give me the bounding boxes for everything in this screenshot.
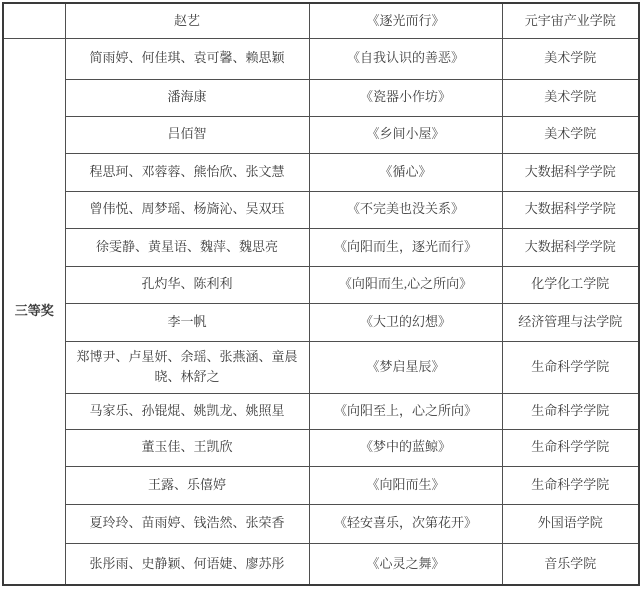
table-row: 程思珂、邓蓉蓉、熊怡欣、张文慧 《循心》 大数据科学学院 [3,153,639,191]
work-cell: 《大卫的幻想》 [309,303,502,341]
awards-table: 赵艺 《逐光而行》 元宇宙产业学院 三等奖 简雨婷、何佳琪、袁可馨、赖思颖 《自… [2,2,640,586]
names-cell: 简雨婷、何佳琪、袁可馨、赖思颖 [65,38,309,79]
work-cell: 《梦中的蓝鲸》 [309,429,502,466]
table-row: 张彤雨、史静颖、何语婕、廖苏彤 《心灵之舞》 音乐学院 [3,543,639,585]
table-row: 三等奖 简雨婷、何佳琪、袁可馨、赖思颖 《自我认识的善恶》 美术学院 [3,38,639,79]
names-cell: 董玉佳、王凯欣 [65,429,309,466]
college-cell: 经济管理与法学院 [502,303,639,341]
work-cell: 《轻安喜乐，次第花开》 [309,504,502,543]
work-cell: 《循心》 [309,153,502,191]
names-cell: 徐雯静、黄星语、魏萍、魏思亮 [65,228,309,266]
work-cell: 《心灵之舞》 [309,543,502,585]
award-label-cell: 三等奖 [3,38,65,585]
table-row: 曾伟悦、周梦瑶、杨旖沁、吴双珏 《不完美也没关系》 大数据科学学院 [3,191,639,228]
college-cell: 生命科学学院 [502,429,639,466]
work-cell: 《向阳至上，心之所向》 [309,393,502,429]
table-row: 马家乐、孙锟焜、姚凯龙、姚照星 《向阳至上，心之所向》 生命科学学院 [3,393,639,429]
names-cell: 李一帆 [65,303,309,341]
table-row: 王露、乐僖婷 《向阳而生》 生命科学学院 [3,466,639,504]
college-cell: 元宇宙产业学院 [502,3,639,38]
table-row: 赵艺 《逐光而行》 元宇宙产业学院 [3,3,639,38]
table-row: 潘海康 《瓷器小作坊》 美术学院 [3,79,639,116]
table-row: 吕佰智 《乡间小屋》 美术学院 [3,116,639,153]
names-cell: 孔灼华、陈利利 [65,266,309,303]
college-cell: 美术学院 [502,79,639,116]
names-cell: 潘海康 [65,79,309,116]
college-cell: 生命科学学院 [502,466,639,504]
work-cell: 《瓷器小作坊》 [309,79,502,116]
names-cell: 王露、乐僖婷 [65,466,309,504]
work-cell: 《向阳而生,心之所向》 [309,266,502,303]
table-row: 徐雯静、黄星语、魏萍、魏思亮 《向阳而生，逐光而行》 大数据科学学院 [3,228,639,266]
award-label: 三等奖 [15,303,54,318]
college-cell: 美术学院 [502,116,639,153]
college-cell: 音乐学院 [502,543,639,585]
college-cell: 大数据科学学院 [502,153,639,191]
award-spacer-cell [3,3,65,38]
names-cell: 张彤雨、史静颖、何语婕、廖苏彤 [65,543,309,585]
names-cell: 赵艺 [65,3,309,38]
work-cell: 《梦启星辰》 [309,341,502,393]
names-cell: 夏玲玲、苗雨婷、钱浩然、张荣香 [65,504,309,543]
work-cell: 《向阳而生》 [309,466,502,504]
work-cell: 《逐光而行》 [309,3,502,38]
college-cell: 大数据科学学院 [502,191,639,228]
names-cell: 吕佰智 [65,116,309,153]
table-row: 李一帆 《大卫的幻想》 经济管理与法学院 [3,303,639,341]
work-cell: 《不完美也没关系》 [309,191,502,228]
college-cell: 美术学院 [502,38,639,79]
college-cell: 生命科学学院 [502,393,639,429]
college-cell: 化学化工学院 [502,266,639,303]
college-cell: 生命科学学院 [502,341,639,393]
table-row: 董玉佳、王凯欣 《梦中的蓝鲸》 生命科学学院 [3,429,639,466]
names-cell: 曾伟悦、周梦瑶、杨旖沁、吴双珏 [65,191,309,228]
college-cell: 外国语学院 [502,504,639,543]
college-cell: 大数据科学学院 [502,228,639,266]
document-page: 赵艺 《逐光而行》 元宇宙产业学院 三等奖 简雨婷、何佳琪、袁可馨、赖思颖 《自… [0,0,640,589]
names-cell: 马家乐、孙锟焜、姚凯龙、姚照星 [65,393,309,429]
names-cell: 程思珂、邓蓉蓉、熊怡欣、张文慧 [65,153,309,191]
work-cell: 《自我认识的善恶》 [309,38,502,79]
table-row: 孔灼华、陈利利 《向阳而生,心之所向》 化学化工学院 [3,266,639,303]
work-cell: 《乡间小屋》 [309,116,502,153]
table-row: 郑博尹、卢星妍、余瑶、张燕涵、童晨晓、林舒之 《梦启星辰》 生命科学学院 [3,341,639,393]
names-cell: 郑博尹、卢星妍、余瑶、张燕涵、童晨晓、林舒之 [65,341,309,393]
work-cell: 《向阳而生，逐光而行》 [309,228,502,266]
table-row: 夏玲玲、苗雨婷、钱浩然、张荣香 《轻安喜乐，次第花开》 外国语学院 [3,504,639,543]
